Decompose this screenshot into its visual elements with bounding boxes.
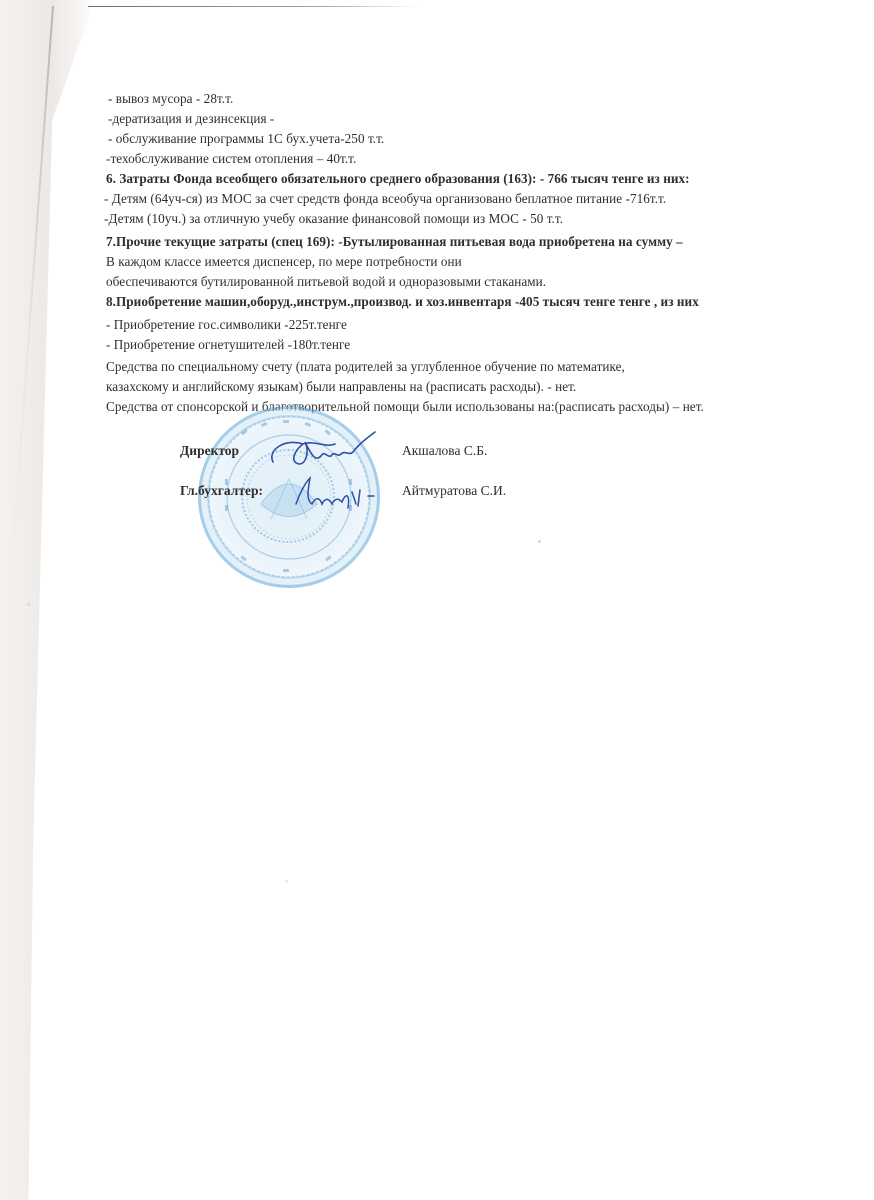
scan-shadow bbox=[0, 0, 95, 1200]
line-deratization: -дератизация и дезинсекция - bbox=[108, 111, 274, 127]
accountant-signature-icon bbox=[290, 474, 380, 516]
director-signature-icon bbox=[265, 428, 380, 476]
line-financial-aid: -Детям (10уч.) за отличную учебу оказани… bbox=[104, 211, 563, 227]
line-state-symbols: - Приобретение гос.символики -225т.тенге bbox=[106, 317, 347, 333]
director-name: Акшалова С.Б. bbox=[402, 443, 487, 459]
page-top-edge bbox=[88, 6, 418, 7]
scan-speck bbox=[538, 540, 541, 543]
line-free-meals: - Детям (64уч-ся) из МОС за счет средств… bbox=[104, 191, 666, 207]
line-sponsorship: Средства от спонсорской и благотворитель… bbox=[106, 399, 704, 415]
scan-speck bbox=[27, 603, 30, 606]
line-1c-service: - обслуживание программы 1С бух.учета-25… bbox=[108, 131, 384, 147]
accountant-label: Гл.бухгалтер: bbox=[180, 483, 263, 499]
section-6-heading: 6. Затраты Фонда всеобщего обязательного… bbox=[106, 171, 690, 187]
line-fire-extinguishers: - Приобретение огнетушителей -180т.тенге bbox=[106, 337, 350, 353]
accountant-name: Айтмуратова С.И. bbox=[402, 483, 506, 499]
section-7-heading: 7.Прочие текущие затраты (спец 169): -Бу… bbox=[106, 234, 683, 250]
line-dispenser: В каждом классе имеется диспенсер, по ме… bbox=[106, 254, 462, 270]
section-8-heading: 8.Приобретение машин,оборуд.,инструм.,пр… bbox=[106, 294, 699, 310]
line-heating-service: -техобслуживание систем отопления – 40т.… bbox=[106, 151, 356, 167]
line-special-account: Средства по специальному счету (плата ро… bbox=[106, 359, 625, 375]
line-bottled-water: обеспечиваются бутилированной питьевой в… bbox=[106, 274, 546, 290]
scan-speck bbox=[285, 880, 288, 883]
director-label: Директор bbox=[180, 443, 239, 459]
line-garbage-removal: - вывоз мусора - 28т.т. bbox=[108, 91, 233, 107]
line-special-account-cont: казахскому и английскому языкам) были на… bbox=[106, 379, 576, 395]
